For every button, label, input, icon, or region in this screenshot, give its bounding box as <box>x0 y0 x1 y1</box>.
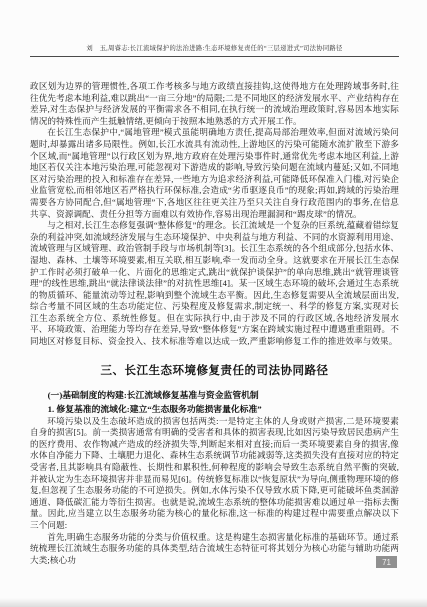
point-heading: 1. 修复基准的流域化:建立“生态服务功能损害量化标准” <box>30 402 399 416</box>
body-paragraph: 政区划为边界的管理惯性,各项工作考核多与地方政绩直接挂钩,这使得地方在处理跨域事… <box>30 81 399 127</box>
page-number-badge: 71 <box>376 556 397 568</box>
body-text: 政区划为边界的管理惯性,各项工作考核多与地方政绩直接挂钩,这使得地方在处理跨域事… <box>30 81 399 566</box>
body-paragraph: 环境污染以及生态破坏造成的损害包括两类:一是特定主体的人身或财产损害,二是环境要… <box>30 416 399 532</box>
page-content: 刘 玉,周睿志:长江流域保护的法治进路:生态环境修复责任的“三层递进式”司法协同… <box>30 44 399 566</box>
section-heading: 三、长江生态环境修复责任的司法协同路径 <box>30 362 399 378</box>
header-rule <box>30 56 399 57</box>
body-paragraph: 与之相对,长江生态修复强调“整体修复”的理念。长江流域是一个复杂的巨系统,蕴藏着… <box>30 220 399 348</box>
subsection-heading: (一)基础制度的构建:长江流域修复基准与资金监管机制 <box>30 388 399 402</box>
body-paragraph: 在长江生态保护中,“属地管理”模式虽能明确地方责任,提高局部治理效率,但面对流域… <box>30 127 399 220</box>
running-header: 刘 玉,周睿志:长江流域保护的法治进路:生态环境修复责任的“三层递进式”司法协同… <box>30 44 399 53</box>
journal-page: 刘 玉,周睿志:长江流域保护的法治进路:生态环境修复责任的“三层递进式”司法协同… <box>0 0 427 607</box>
body-paragraph: 首先,明确生态服务功能的分类与价值权重。这是构建生态损害量化标准的基础环节。通过… <box>30 532 399 567</box>
